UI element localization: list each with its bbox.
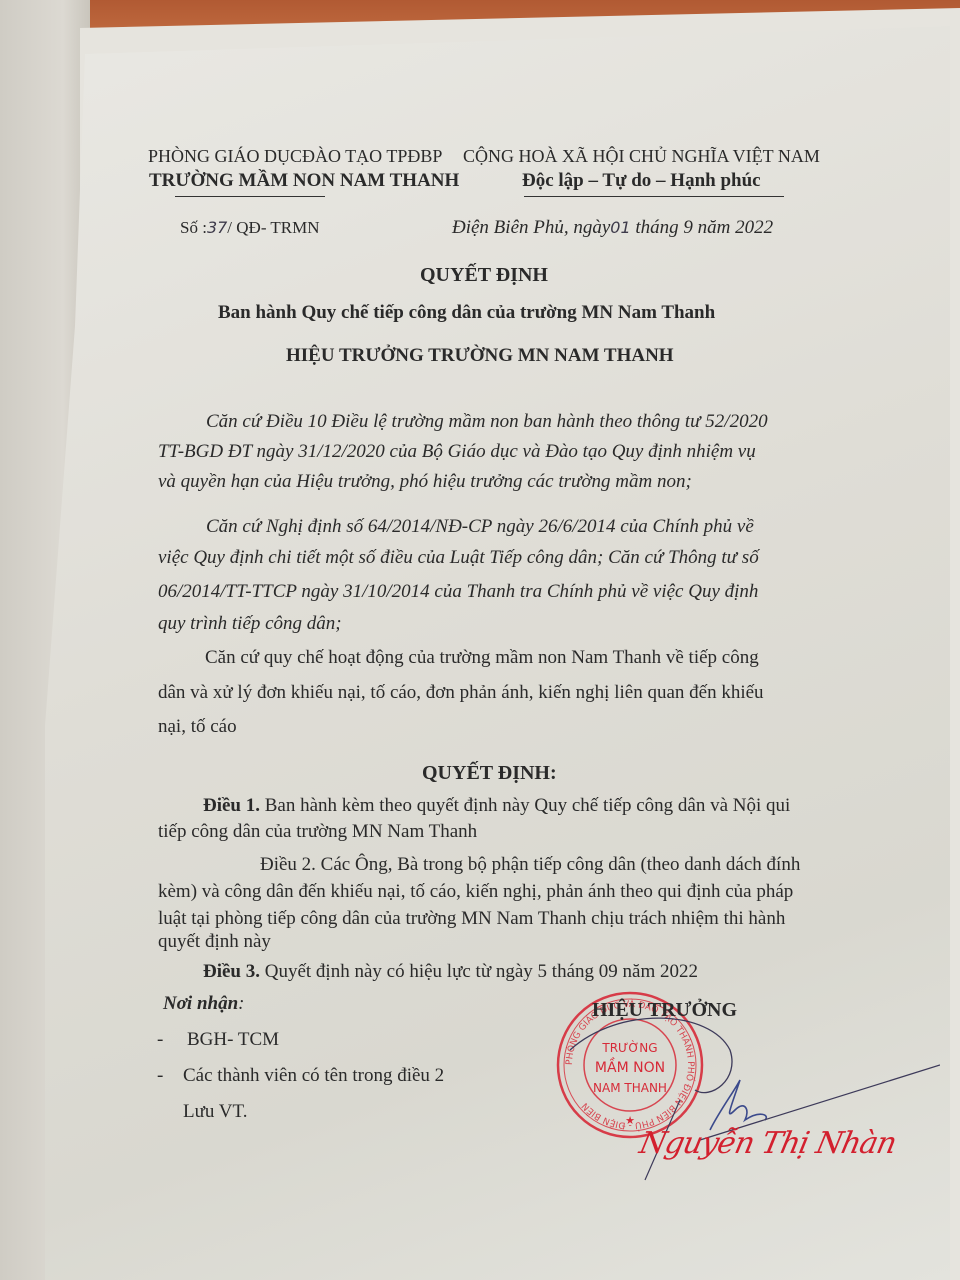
preamble-1-line-1: Căn cứ Điều 10 Điều lệ trường mầm non ba…	[206, 412, 768, 431]
recipient-bullet: -	[157, 1066, 163, 1085]
place-date-suffix: tháng 9 năm 2022	[635, 217, 773, 238]
header-school-name: TRƯỜNG MẦM NON NAM THANH	[149, 171, 459, 190]
preamble-3-line-3: nại, tố cáo	[158, 717, 237, 736]
article-2-line-4: quyết định này	[158, 932, 271, 951]
preamble-1-line-3: và quyền hạn của Hiệu trưởng, phó hiệu t…	[158, 472, 692, 491]
header-department: PHÒNG GIÁO DỤCĐÀO TẠO TPĐBP	[148, 147, 442, 165]
handwritten-signature-icon	[560, 1010, 940, 1190]
article-1-line-2: tiếp công dân của trường MN Nam Thanh	[158, 822, 477, 841]
preamble-3-line-2: dân và xử lý đơn khiếu nại, tố cáo, đơn …	[158, 683, 764, 702]
article-1-line-1: Điều 1. Ban hành kèm theo quyết định này…	[203, 796, 790, 815]
article-2-line-3: luật tại phòng tiếp công dân của trường …	[158, 909, 785, 928]
header-country: CỘNG HOÀ XÃ HỘI CHỦ NGHĨA VIỆT NAM	[463, 147, 820, 165]
article-1-label: Điều 1.	[203, 795, 260, 816]
recipient-item: Lưu VT.	[183, 1102, 247, 1121]
preamble-2-line-1: Căn cứ Nghị định số 64/2014/NĐ-CP ngày 2…	[206, 517, 754, 536]
recipients-colon: :	[238, 993, 244, 1014]
document-number-suffix: / QĐ- TRMN	[227, 218, 319, 237]
recipient-item: Các thành viên có tên trong điều 2	[183, 1066, 444, 1085]
document-number-handwritten: 37	[207, 218, 227, 237]
recipients-label-text: Nơi nhận	[163, 993, 238, 1014]
place-date-prefix: Điện Biên Phủ, ngày	[452, 217, 610, 238]
preamble-2-line-4: quy trình tiếp công dân;	[158, 614, 342, 633]
article-2-line-2: kèm) và công dân đến khiếu nại, tố cáo, …	[158, 882, 793, 901]
header-motto: Độc lập – Tự do – Hạnh phúc	[522, 171, 761, 190]
article-3-label: Điều 3.	[203, 961, 260, 982]
recipients-label: Nơi nhận:	[163, 994, 244, 1013]
article-3-text: Quyết định này có hiệu lực từ ngày 5 thá…	[260, 961, 698, 982]
place-and-date: Điện Biên Phủ, ngày01 tháng 9 năm 2022	[452, 218, 773, 237]
preamble-2-line-3: 06/2014/TT-TTCP ngày 31/10/2014 của Than…	[158, 582, 758, 601]
recipient-item: BGH- TCM	[187, 1030, 279, 1049]
article-3: Điều 3. Quyết định này có hiệu lực từ ng…	[203, 962, 698, 981]
preamble-3-line-1: Căn cứ quy chế hoạt động của trường mầm …	[205, 648, 759, 667]
recipient-bullet: -	[157, 1030, 163, 1049]
preamble-2-line-2: việc Quy định chi tiết một số điều của L…	[158, 548, 759, 567]
document-title: QUYẾT ĐỊNH	[420, 265, 548, 285]
document-number: Số :37/ QĐ- TRMN	[180, 219, 320, 236]
header-left-underline	[175, 196, 325, 197]
date-day-handwritten: 01	[610, 218, 630, 237]
document-number-prefix: Số :	[180, 218, 207, 237]
document-subtitle: Ban hành Quy chế tiếp công dân của trườn…	[218, 303, 715, 322]
article-2-line-1: Điều 2. Các Ông, Bà trong bộ phận tiếp c…	[260, 855, 800, 874]
decision-heading: QUYẾT ĐỊNH:	[422, 763, 557, 783]
issuing-authority: HIỆU TRƯỞNG TRƯỜNG MN NAM THANH	[286, 346, 674, 365]
header-right-underline	[524, 196, 784, 197]
article-1-text: Ban hành kèm theo quyết định này Quy chế…	[260, 795, 790, 816]
signatory-name: Nguyễn Thị Nhàn	[636, 1126, 899, 1161]
preamble-1-line-2: TT-BGD ĐT ngày 31/12/2020 của Bộ Giáo dụ…	[158, 442, 756, 461]
